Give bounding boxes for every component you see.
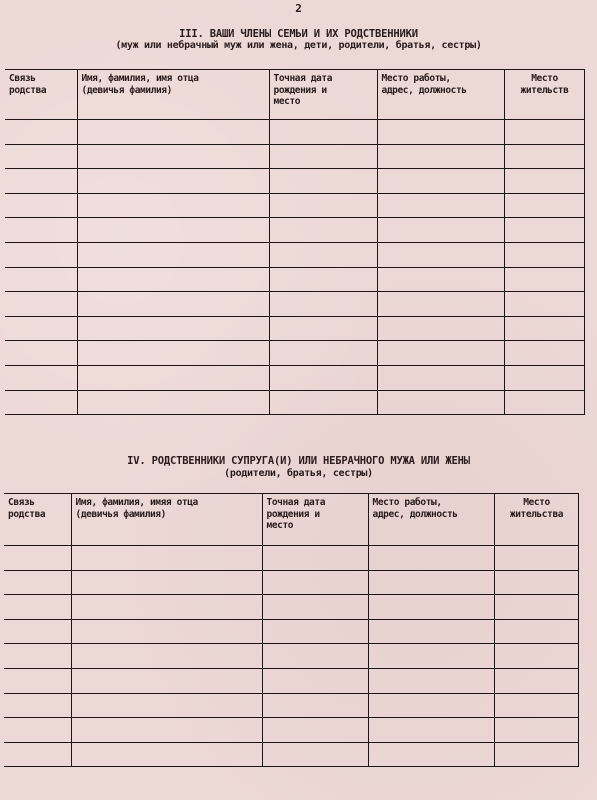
table-row [5, 341, 584, 366]
cell-residence[interactable] [504, 316, 584, 341]
cell-residence[interactable] [494, 742, 578, 767]
cell-residence[interactable] [494, 546, 578, 571]
cell-name[interactable] [71, 742, 262, 767]
table-row [4, 619, 578, 644]
family-members-table: Связь родства Имя, фамилия, имя отца (де… [5, 69, 585, 415]
column-header-name: Имя, фамилия, имяя отца (девичья фамилия… [71, 494, 262, 546]
cell-residence[interactable] [504, 193, 584, 218]
table-row [5, 365, 584, 390]
table-row [5, 193, 584, 218]
cell-work[interactable] [368, 668, 494, 693]
table-row [4, 693, 578, 718]
table-row [4, 742, 578, 767]
cell-relation[interactable] [5, 292, 77, 317]
table-row [4, 644, 578, 669]
cell-name[interactable] [77, 390, 269, 415]
cell-relation[interactable] [4, 595, 71, 620]
cell-relation[interactable] [5, 390, 77, 415]
cell-relation[interactable] [5, 218, 77, 243]
column-header-work: Место работы, адрес, должность [377, 70, 504, 120]
table-row [4, 718, 578, 743]
cell-relation[interactable] [5, 120, 77, 145]
cell-birth[interactable] [269, 144, 377, 169]
table-row [5, 218, 584, 243]
cell-residence[interactable] [494, 693, 578, 718]
cell-name[interactable] [77, 144, 269, 169]
cell-relation[interactable] [5, 169, 77, 194]
cell-relation[interactable] [4, 742, 71, 767]
cell-birth[interactable] [269, 267, 377, 292]
table-row [4, 570, 578, 595]
cell-relation[interactable] [4, 644, 71, 669]
cell-name[interactable] [77, 267, 269, 292]
cell-relation[interactable] [4, 668, 71, 693]
cell-birth[interactable] [269, 316, 377, 341]
cell-work[interactable] [368, 546, 494, 571]
cell-birth[interactable] [269, 341, 377, 366]
table-header-row: Связь родства Имя, фамилия, имяя отца (д… [4, 494, 578, 546]
cell-residence[interactable] [504, 144, 584, 169]
cell-residence[interactable] [504, 242, 584, 267]
cell-relation[interactable] [5, 242, 77, 267]
cell-relation[interactable] [5, 316, 77, 341]
table-row [5, 120, 584, 145]
column-header-residence: Место жительств [504, 70, 584, 120]
cell-name[interactable] [77, 169, 269, 194]
cell-work[interactable] [368, 570, 494, 595]
cell-work[interactable] [368, 644, 494, 669]
cell-birth[interactable] [269, 365, 377, 390]
cell-work[interactable] [377, 390, 504, 415]
cell-residence[interactable] [504, 120, 584, 145]
table-row [4, 546, 578, 571]
cell-name[interactable] [77, 242, 269, 267]
cell-residence[interactable] [494, 668, 578, 693]
section-4-subtitle: (родители, братья, сестры) [0, 468, 597, 480]
page-number: 2 [0, 2, 597, 15]
cell-work[interactable] [377, 218, 504, 243]
cell-relation[interactable] [4, 546, 71, 571]
cell-birth[interactable] [262, 619, 368, 644]
cell-name[interactable] [77, 365, 269, 390]
cell-work[interactable] [368, 693, 494, 718]
cell-birth[interactable] [262, 644, 368, 669]
table-row [4, 668, 578, 693]
cell-residence[interactable] [504, 365, 584, 390]
cell-work[interactable] [377, 242, 504, 267]
cell-birth[interactable] [269, 120, 377, 145]
column-header-work: Место работы, адрес, должность [368, 494, 494, 546]
section-4-title: IV. РОДСТВЕННИКИ СУПРУГА(И) ИЛИ НЕБРАЧНО… [0, 455, 597, 467]
cell-relation[interactable] [4, 693, 71, 718]
cell-residence[interactable] [504, 218, 584, 243]
cell-birth[interactable] [269, 218, 377, 243]
table-row [5, 144, 584, 169]
column-header-name: Имя, фамилия, имя отца (девичья фамилия) [77, 70, 269, 120]
cell-birth[interactable] [269, 242, 377, 267]
cell-name[interactable] [71, 693, 262, 718]
cell-residence[interactable] [504, 390, 584, 415]
cell-birth[interactable] [262, 546, 368, 571]
section-3-title: III. ВАШИ ЧЛЕНЫ СЕМЬИ И ИХ РОДСТВЕННИКИ [0, 28, 597, 40]
cell-relation[interactable] [4, 619, 71, 644]
cell-birth[interactable] [262, 595, 368, 620]
table-row [5, 292, 584, 317]
cell-name[interactable] [77, 193, 269, 218]
spouse-relatives-table: Связь родства Имя, фамилия, имяя отца (д… [4, 493, 579, 767]
cell-name[interactable] [71, 668, 262, 693]
column-header-residence: Место жительства [494, 494, 578, 546]
cell-residence[interactable] [504, 267, 584, 292]
cell-birth[interactable] [269, 292, 377, 317]
table-row [5, 390, 584, 415]
table-row [5, 169, 584, 194]
table-row [4, 595, 578, 620]
cell-birth[interactable] [269, 390, 377, 415]
cell-name[interactable] [77, 341, 269, 366]
cell-name[interactable] [71, 644, 262, 669]
cell-relation[interactable] [4, 570, 71, 595]
cell-relation[interactable] [5, 365, 77, 390]
cell-name[interactable] [71, 619, 262, 644]
cell-relation[interactable] [5, 341, 77, 366]
cell-residence[interactable] [494, 644, 578, 669]
table-row [5, 242, 584, 267]
cell-name[interactable] [71, 595, 262, 620]
section-3-subtitle: (муж или небрачный муж или жена, дети, р… [0, 40, 597, 52]
cell-relation[interactable] [5, 267, 77, 292]
cell-name[interactable] [77, 292, 269, 317]
cell-name[interactable] [71, 570, 262, 595]
column-header-birth: Точная дата рождения и место [269, 70, 377, 120]
cell-name[interactable] [77, 120, 269, 145]
table-row [5, 267, 584, 292]
cell-birth[interactable] [262, 668, 368, 693]
cell-work[interactable] [368, 742, 494, 767]
cell-birth[interactable] [262, 742, 368, 767]
cell-work[interactable] [368, 619, 494, 644]
cell-work[interactable] [377, 341, 504, 366]
cell-work[interactable] [377, 120, 504, 145]
cell-work[interactable] [368, 595, 494, 620]
cell-birth[interactable] [269, 193, 377, 218]
cell-work[interactable] [368, 718, 494, 743]
cell-birth[interactable] [262, 570, 368, 595]
cell-work[interactable] [377, 292, 504, 317]
cell-work[interactable] [377, 144, 504, 169]
cell-relation[interactable] [5, 193, 77, 218]
cell-work[interactable] [377, 316, 504, 341]
cell-work[interactable] [377, 193, 504, 218]
table-row [5, 316, 584, 341]
cell-residence[interactable] [504, 169, 584, 194]
cell-name[interactable] [71, 718, 262, 743]
table-header-row: Связь родства Имя, фамилия, имя отца (де… [5, 70, 584, 120]
cell-work[interactable] [377, 169, 504, 194]
cell-relation[interactable] [4, 718, 71, 743]
cell-work[interactable] [377, 365, 504, 390]
column-header-relation: Связь родства [4, 494, 71, 546]
cell-name[interactable] [71, 546, 262, 571]
cell-residence[interactable] [504, 341, 584, 366]
cell-relation[interactable] [5, 144, 77, 169]
cell-work[interactable] [377, 267, 504, 292]
cell-name[interactable] [77, 316, 269, 341]
cell-residence[interactable] [504, 292, 584, 317]
cell-birth[interactable] [262, 693, 368, 718]
column-header-birth: Точная дата рождения и место [262, 494, 368, 546]
cell-birth[interactable] [262, 718, 368, 743]
cell-residence[interactable] [494, 619, 578, 644]
cell-residence[interactable] [494, 595, 578, 620]
cell-name[interactable] [77, 218, 269, 243]
cell-residence[interactable] [494, 718, 578, 743]
column-header-relation: Связь родства [5, 70, 77, 120]
cell-residence[interactable] [494, 570, 578, 595]
cell-birth[interactable] [269, 169, 377, 194]
